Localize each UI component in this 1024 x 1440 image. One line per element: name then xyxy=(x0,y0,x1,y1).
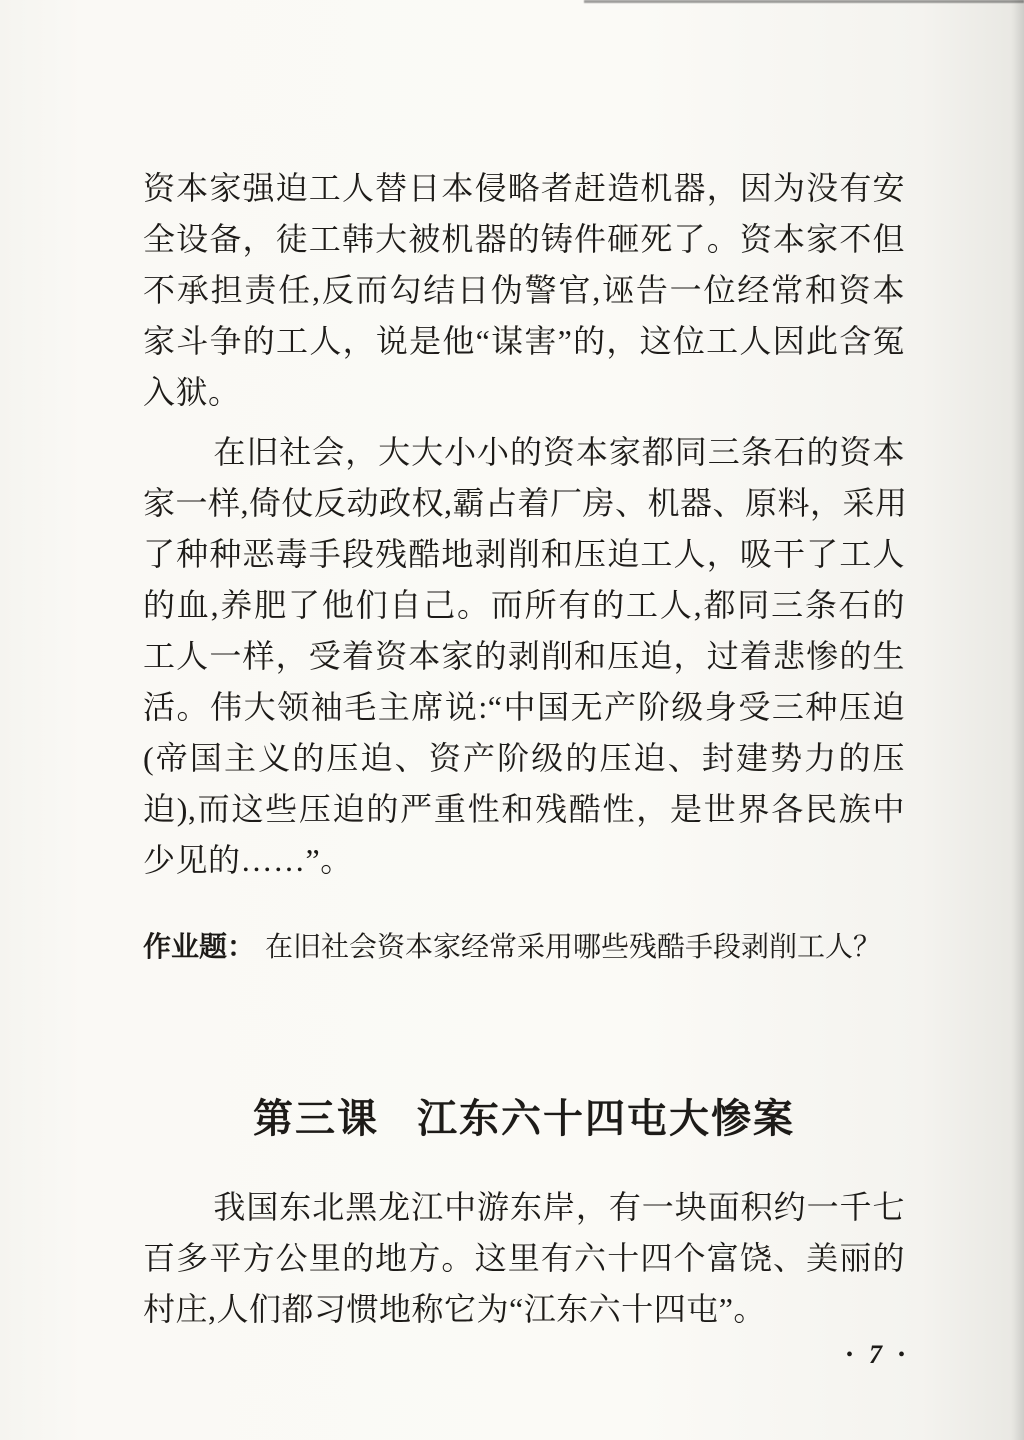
text-line: 不承担责任,反而勾结日伪警官,诬告一位经常和资本 xyxy=(143,265,905,316)
footer-right-dot: • xyxy=(898,1344,905,1366)
page-text-block: 资本家强迫工人替日本侵略者赶造机器，因为没有安 全设备，徒工韩大被机器的铸件砸死… xyxy=(0,0,1024,1371)
text-line: 的血,养肥了他们自己。而所有的工人,都同三条石的 xyxy=(143,580,905,631)
paragraph-lesson-intro: 我国东北黑龙江中游东岸，有一块面积约一千七 百多平方公里的地方。这里有六十四个富… xyxy=(143,1182,905,1335)
text-line: 百多平方公里的地方。这里有六十四个富饶、美丽的 xyxy=(143,1233,905,1284)
text-line: 了种种恶毒手段残酷地剥削和压迫工人，吸干了工人 xyxy=(143,529,905,580)
paragraph-factory-story: 资本家强迫工人替日本侵略者赶造机器，因为没有安 全设备，徒工韩大被机器的铸件砸死… xyxy=(143,163,905,418)
page-footer: •7• xyxy=(143,1339,905,1371)
lesson-number: 第三课 xyxy=(253,1097,379,1141)
text-line: 村庄,人们都习惯地称它为“江东六十四屯”。 xyxy=(143,1284,905,1335)
text-line: 入狱。 xyxy=(143,367,905,418)
text-line: 资本家强迫工人替日本侵略者赶造机器，因为没有安 xyxy=(143,163,905,214)
text-line: 在旧社会，大大小小的资本家都同三条石的资本 xyxy=(143,427,905,478)
homework-question-line: 作业题：在旧社会资本家经常采用哪些残酷手段剥削工人？ xyxy=(143,927,905,968)
text-line: 工人一样，受着资本家的剥削和压迫，过着悲惨的生 xyxy=(143,631,905,682)
text-line: 全设备，徒工韩大被机器的铸件砸死了。资本家不但 xyxy=(143,214,905,265)
text-line: 活。伟大领袖毛主席说:“中国无产阶级身受三种压迫 xyxy=(143,682,905,733)
lesson-title-text: 江东六十四屯大惨案 xyxy=(417,1097,795,1141)
text-line: (帝国主义的压迫、资产阶级的压迫、封建势力的压 xyxy=(143,733,905,784)
text-line: 家一样,倚仗反动政权,霸占着厂房、机器、原料，采用 xyxy=(143,478,905,529)
homework-question: 在旧社会资本家经常采用哪些残酷手段剥削工人？ xyxy=(265,932,881,963)
text-line: 家斗争的工人，说是他“谋害”的，这位工人因此含冤 xyxy=(143,316,905,367)
text-line: 我国东北黑龙江中游东岸，有一块面积约一千七 xyxy=(143,1182,905,1233)
scanned-book-page: 资本家强迫工人替日本侵略者赶造机器，因为没有安 全设备，徒工韩大被机器的铸件砸死… xyxy=(0,0,1024,1440)
text-line: 少见的……”。 xyxy=(143,835,905,886)
paragraph-old-society: 在旧社会，大大小小的资本家都同三条石的资本 家一样,倚仗反动政权,霸占着厂房、机… xyxy=(143,427,905,886)
homework-label: 作业题： xyxy=(143,931,255,962)
text-line: 迫),而这些压迫的严重性和残酷性，是世界各民族中 xyxy=(143,784,905,835)
page-number: 7 xyxy=(869,1340,882,1369)
lesson-heading: 第三课江东六十四屯大惨案 xyxy=(143,1096,905,1142)
footer-left-dot: • xyxy=(846,1344,853,1366)
